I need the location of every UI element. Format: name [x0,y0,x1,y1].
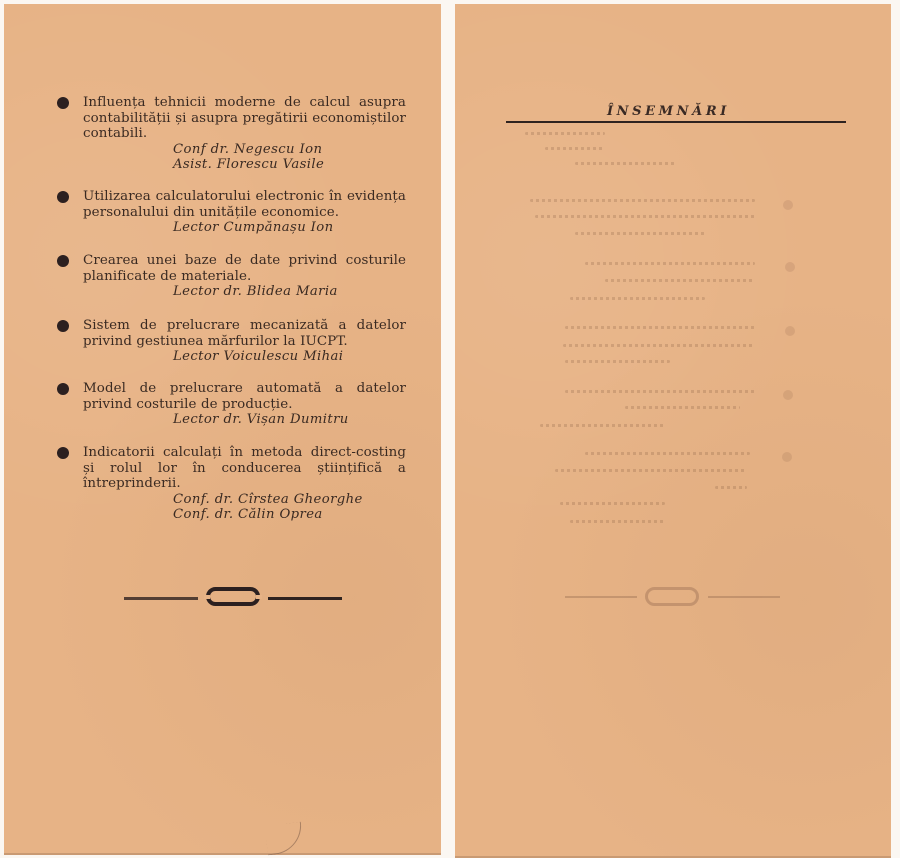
entry-author: Lector Cumpănașu Ion [173,220,406,236]
notes-heading: ÎNSEMNĂRI [607,104,730,119]
bullet-icon [57,97,69,109]
pen-mark [264,822,305,856]
entry-title: Utilizarea calculatorului electronic în … [83,189,406,220]
entry-author: Lector Voiculescu Mihai [173,349,406,365]
program-entry: Influența tehnicii moderne de calcul asu… [60,95,406,173]
entry-title: Indicatorii calculați în metoda direct-c… [83,445,406,492]
bullet-icon [57,383,69,395]
entry-title: Influența tehnicii moderne de calcul asu… [83,95,406,142]
program-entry: Model de prelucrare automată a datelor p… [60,381,406,428]
entry-author: Lector dr. Vișan Dumitru [173,412,406,428]
program-entry: Utilizarea calculatorului electronic în … [60,189,406,236]
program-entry: Sistem de prelucrare mecanizată a datelo… [60,318,406,365]
ornament-line [268,597,342,600]
entry-title: Sistem de prelucrare mecanizată a datelo… [83,318,406,349]
bullet-icon [57,447,69,459]
program-entry: Crearea unei baze de date privind costur… [60,253,406,300]
entry-author: Conf. dr. Cîrstea Gheorghe [173,492,406,508]
heading-rule [506,121,846,123]
entry-title: Model de prelucrare automată a datelor p… [83,381,406,412]
ornament-oval-icon [206,587,260,606]
entry-title: Crearea unei baze de date privind costur… [83,253,406,284]
program-entry: Indicatorii calculați în metoda direct-c… [60,445,406,523]
right-page: ÎNSEMNĂRI [455,4,891,858]
ornament-line [124,597,198,600]
bullet-icon [57,320,69,332]
bullet-icon [57,191,69,203]
show-through-ornament [565,587,780,609]
entry-author: Lector dr. Blidea Maria [173,284,406,300]
entry-author: Asist. Florescu Vasile [173,157,406,173]
ornament-divider [124,587,342,611]
entry-author: Conf dr. Negescu Ion [173,142,406,158]
left-page: Influența tehnicii moderne de calcul asu… [4,4,441,855]
bullet-icon [57,255,69,267]
entry-author: Conf. dr. Călin Oprea [173,507,406,523]
